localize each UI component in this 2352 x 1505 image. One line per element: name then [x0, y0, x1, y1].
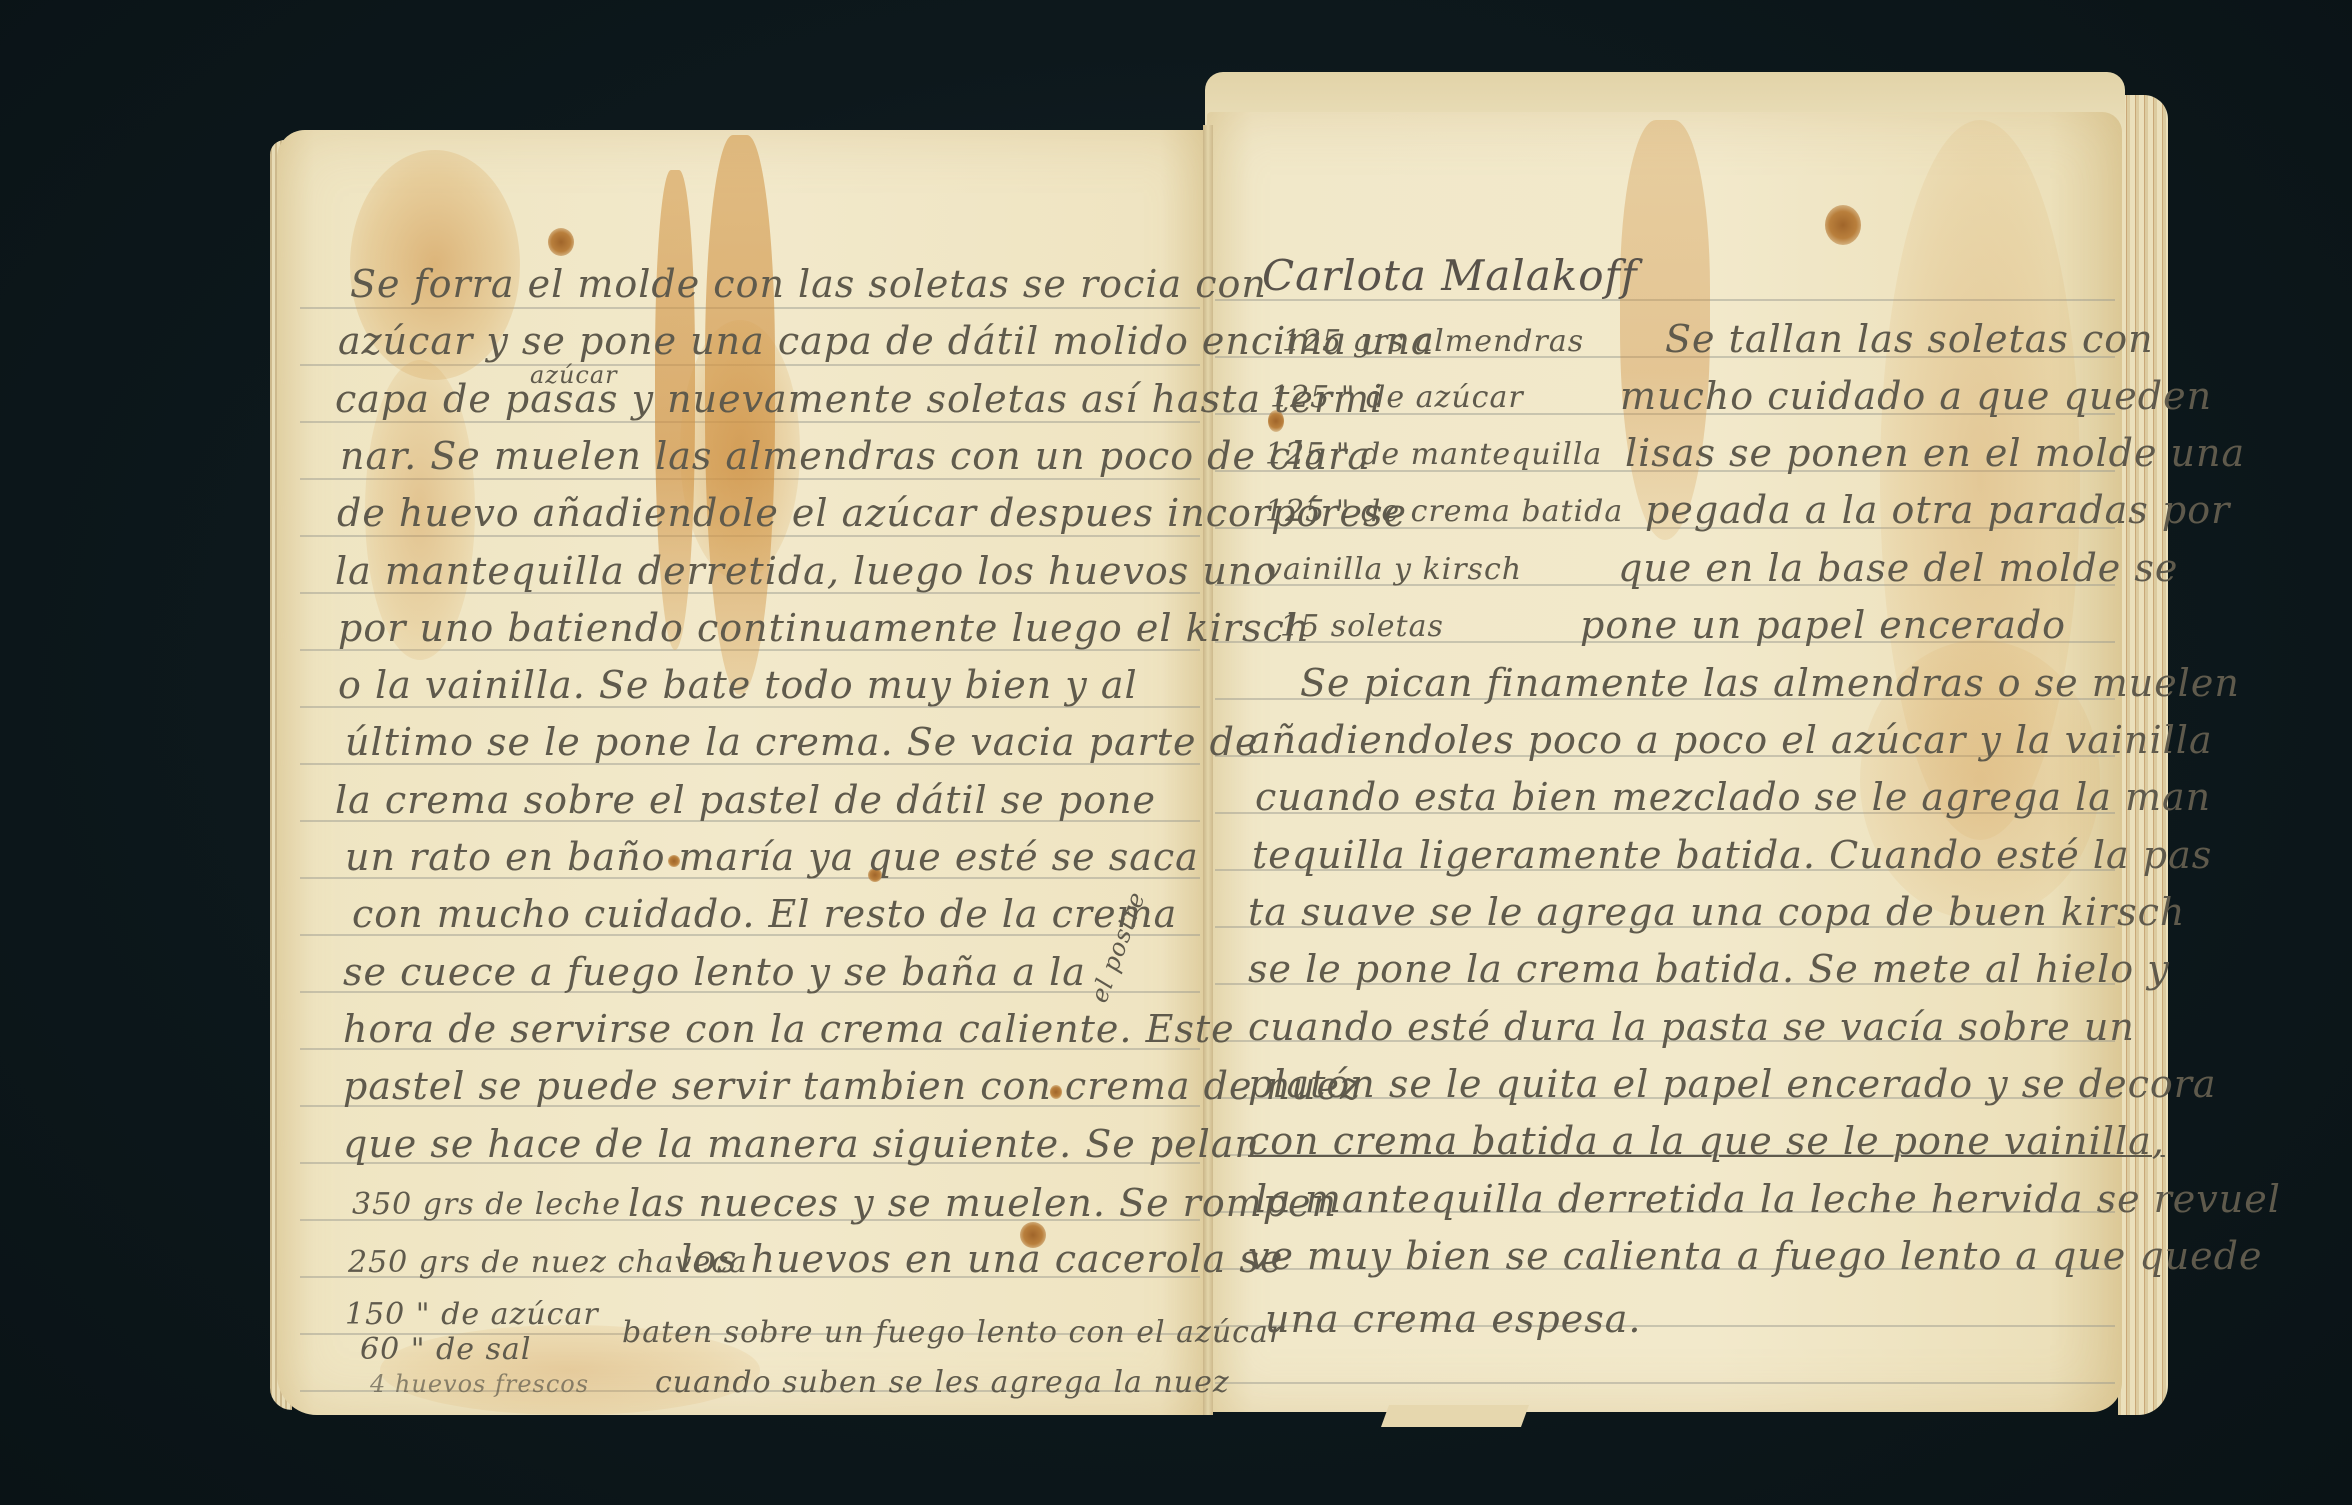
text-line: con mucho cuidado. El resto de la crema: [352, 895, 1177, 933]
text-line: por uno batiendo continuamente luego el …: [338, 609, 1310, 647]
text-line: capa de pasas y nuevamente soletas así h…: [335, 380, 1383, 418]
text-line: Se forra el molde con las soletas se roc…: [350, 265, 1267, 303]
right-page-bottom-tab: [1381, 1405, 1529, 1427]
stain-dot: [548, 228, 574, 256]
ingredient-line: vainilla y kirsch: [1265, 555, 1522, 585]
ingredient-line: 15 soletas: [1280, 612, 1444, 642]
text-line: mucho cuidado a que queden: [1620, 377, 2212, 415]
text-line: lisas se ponen en el molde una: [1625, 434, 2245, 472]
ingredient-line: 125 " de crema batida: [1265, 497, 1623, 527]
text-line: añadiendoles poco a poco el azúcar y la …: [1248, 721, 2213, 759]
ingredient-line: 60 " de sal: [360, 1335, 531, 1365]
text-line: un rato en baño maría ya que esté se sac…: [345, 838, 1199, 876]
ingredient-line: 125 " de mantequilla: [1265, 440, 1602, 470]
text-line: las nueces y se muelen. Se rompen: [628, 1184, 1337, 1222]
text-line: ta suave se le agrega una copa de buen k…: [1248, 893, 2185, 931]
ingredient-line: 125 grs almendras: [1282, 327, 1584, 357]
text-line: cuando esté dura la pasta se vacía sobre…: [1248, 1008, 2135, 1046]
text-line: los huevos en una cacerola se: [680, 1240, 1283, 1278]
ingredient-line: 125 " de azúcar: [1270, 383, 1524, 413]
scanned-notebook-spread: Se forra el molde con las soletas se roc…: [0, 0, 2352, 1505]
text-line: nar. Se muelen las almendras con un poco…: [340, 437, 1371, 475]
ingredient-line: 150 " de azúcar: [345, 1300, 599, 1330]
recipe-title: Carlota Malakoff: [1262, 255, 1638, 297]
text-line: cuando suben se les agrega la nuez: [655, 1368, 1230, 1398]
text-line: cuando esta bien mezclado se le agrega l…: [1255, 778, 2211, 816]
text-line: la mantequilla derretida la leche hervid…: [1255, 1180, 2281, 1218]
text-line: Se pican finamente las almendras o se mu…: [1300, 664, 2240, 702]
text-line: con crema batida a la que se le pone vai…: [1248, 1122, 2165, 1160]
text-line: platón se le quita el papel encerado y s…: [1248, 1065, 2217, 1103]
ingredient-line: 350 grs de leche: [352, 1190, 621, 1220]
text-line: o la vainilla. Se bate todo muy bien y a…: [338, 666, 1138, 704]
text-line: último se le pone la crema. Se vacia par…: [345, 723, 1258, 761]
text-line: pone un papel encerado: [1580, 606, 2066, 644]
text-line: una crema espesa.: [1265, 1300, 1641, 1338]
text-line: pegada a la otra paradas por: [1645, 491, 2230, 529]
text-line: Se tallan las soletas con: [1665, 320, 2154, 358]
text-line: de huevo añadiendole el azúcar despues i…: [337, 494, 1407, 532]
text-line: la crema sobre el pastel de dátil se pon…: [335, 781, 1156, 819]
ingredient-line: 4 huevos frescos: [370, 1372, 589, 1396]
text-line: pastel se puede servir tambien con crema…: [343, 1067, 1361, 1105]
text-line: ve muy bien se calienta a fuego lento a …: [1248, 1237, 2262, 1275]
text-line: se cuece a fuego lento y se baña a la: [343, 953, 1086, 991]
text-line: azúcar y se pone una capa de dátil molid…: [338, 322, 1435, 360]
text-line: hora de servirse con la crema caliente. …: [343, 1010, 1235, 1048]
text-line: la mantequilla derretida, luego los huev…: [335, 552, 1277, 590]
text-line: baten sobre un fuego lento con el azúcar: [622, 1318, 1284, 1348]
text-line: que en la base del molde se: [1618, 549, 2178, 587]
text-line: se le pone la crema batida. Se mete al h…: [1248, 950, 2170, 988]
text-line: tequilla ligeramente batida. Cuando esté…: [1252, 836, 2212, 874]
text-line: que se hace de la manera siguiente. Se p…: [343, 1125, 1260, 1163]
stain-dot: [1825, 205, 1861, 245]
